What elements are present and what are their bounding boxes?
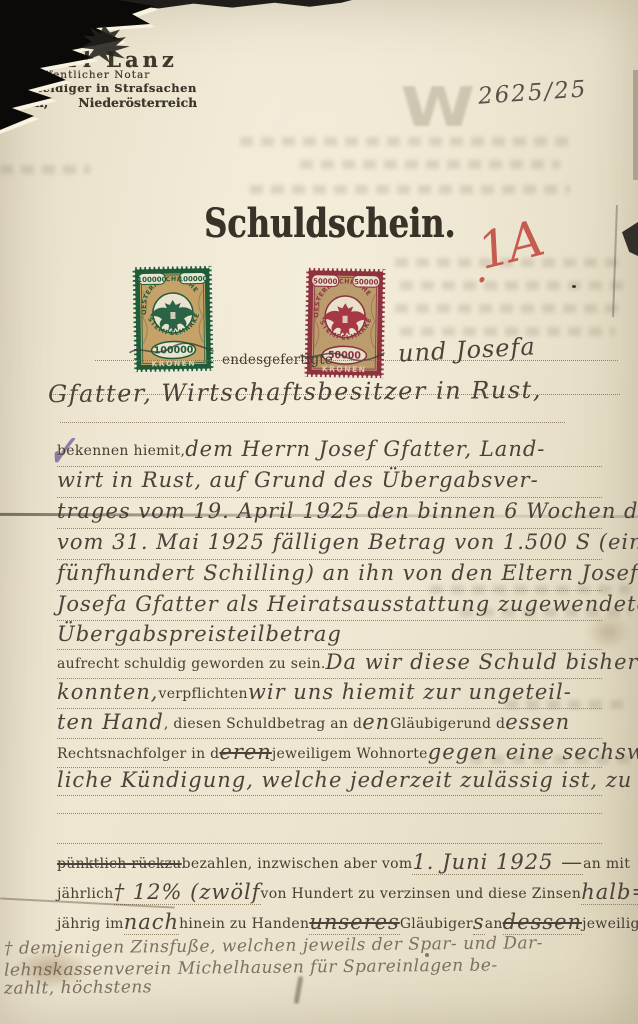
text-segment: jeweiligem Wohnorte (272, 746, 428, 762)
text-segment: jährig im (57, 916, 124, 932)
body-line: Rechtsnachfolger in deren jeweiligem Woh… (57, 739, 602, 768)
text-segment: an (485, 916, 503, 932)
body-line: aufrecht schuldig geworden zu sein. Da w… (57, 649, 602, 679)
intro-hand-fragment: und Josefa (397, 332, 536, 367)
text-segment: Übergabspreisteilbetrag (57, 622, 342, 646)
text-segment: bezahlen, inzwischen aber vom (182, 856, 413, 872)
ink-speck (425, 953, 429, 957)
text-segment: † 12% (zwölf (114, 880, 261, 905)
ink-speck (572, 285, 576, 288)
text-segment: eren (219, 740, 271, 764)
bleedthrough-ghost (0, 165, 90, 174)
text-segment: , diesen Schuldbetrag an d (164, 716, 362, 732)
intro-hand-line: Gfatter, Wirtschaftsbesitzer in Rust, (48, 376, 542, 408)
text-segment: jeweiligem (582, 916, 638, 932)
text-segment: unseres (309, 910, 400, 935)
body-line (57, 799, 602, 814)
form-rule (60, 422, 565, 423)
body-line: bekennen hiemit, dem Herrn Josef Gfatter… (57, 436, 602, 467)
text-segment: wir uns hiemit zur ungeteil- (248, 680, 572, 704)
reference-number: 2625/25 (477, 76, 588, 110)
bleedthrough-ghost (300, 160, 560, 169)
bleedthrough-ghost (250, 185, 570, 194)
stamp-corner-value: 100000 (178, 275, 207, 284)
text-segment: s (473, 910, 485, 935)
revenue-stamp-100000: OESTERREICHISCHE STEMPELMARKE 100000 100… (132, 265, 214, 372)
ink-smudge (294, 976, 304, 1004)
body-line: Josefa Gfatter als Heiratsausstattung zu… (57, 591, 602, 621)
paper-stain (586, 614, 630, 650)
text-segment: verpflichten (159, 686, 248, 702)
letterhead-region: Niederösterreich (78, 95, 197, 110)
text-segment: liche Kündigung, welche jederzeit zuläss… (57, 768, 638, 792)
text-segment: Gläubiger (390, 716, 463, 732)
body-line: vom 31. Mai 1925 fälligen Betrag von 1.5… (57, 529, 602, 560)
text-segment: dessen (503, 910, 582, 935)
text-segment: fünfhundert Schilling) an ihn von den El… (57, 561, 638, 585)
body-line: konnten, verpflichten wir uns hiemit zur… (57, 679, 602, 709)
watermark-letter: W (401, 76, 475, 139)
body-line: jährlich † 12% (zwölf von Hundert zu ver… (57, 879, 602, 905)
body-line: ten Hand, diesen Schuldbetrag an den Glä… (57, 709, 602, 739)
body-line: wirt in Rust, auf Grund des Übergabsver- (57, 467, 602, 498)
form-rule (95, 360, 618, 361)
text-segment: Rechtsnachfolger in d (57, 746, 219, 762)
text-segment: Gläubiger (400, 916, 473, 932)
body-line: Übergabspreisteilbetrag (57, 621, 602, 650)
edge-shadow (633, 70, 638, 180)
body-line: fünfhundert Schilling) an ihn von den El… (57, 560, 602, 591)
text-segment: jährlich (57, 886, 114, 902)
ink-smudge (12, 948, 90, 990)
bleedthrough-ghost (395, 304, 625, 313)
text-segment: an mit (583, 856, 630, 872)
scanned-document-page: Karl Lanz öffentlicher Notar Verteidiger… (0, 0, 638, 1024)
cancellation-scrawl (127, 335, 215, 363)
edge-shadow (622, 222, 638, 256)
intro-printed-fragment: endesgefertigte (222, 352, 333, 368)
text-segment: Da wir diese Schuld bisher nicht zahlen (326, 650, 638, 674)
text-segment: Josefa Gfatter als Heiratsausstattung zu… (57, 592, 638, 616)
text-segment: und d (463, 716, 505, 732)
text-segment: pünktlich rückzu (57, 856, 182, 872)
text-segment: hinein zu Handen (179, 916, 309, 932)
text-segment: trages vom 19. April 1925 den binnen 6 W… (57, 499, 638, 523)
text-segment: ten Hand (57, 710, 164, 734)
body-line: liche Kündigung, welche jederzeit zuläss… (57, 767, 602, 796)
red-annotation: 1A (472, 209, 548, 281)
text-segment: dem Herrn Josef Gfatter, Land- (185, 437, 545, 461)
body-line: pünktlich rückzubezahlen, inzwischen abe… (57, 849, 602, 875)
body-line (57, 829, 602, 844)
text-segment: gegen eine sechswöchent- (428, 740, 638, 764)
text-segment: wirt in Rust, auf Grund des Übergabsver- (57, 468, 539, 492)
text-segment: en (362, 710, 390, 734)
document-title: Schuldschein. (204, 200, 455, 247)
text-segment: aufrecht schuldig geworden zu sein. (57, 656, 326, 672)
body-line: jährig im nachhinein zu Handen unseres G… (57, 909, 602, 935)
text-segment: konnten, (57, 680, 159, 704)
text-segment: bekennen hiemit, (57, 443, 185, 459)
text-segment: 1. Juni 1925 — (412, 850, 583, 875)
text-segment: von Hundert zu verzinsen und diese Zinse… (261, 886, 582, 902)
stamp-corner-value: 100000 (137, 276, 166, 285)
text-segment: halb= (581, 880, 638, 905)
text-segment: vom 31. Mai 1925 fälligen Betrag von 1.5… (57, 530, 638, 554)
text-segment: nach (124, 910, 179, 935)
text-segment: essen (505, 710, 570, 734)
stamp-corner-value: 50000 (313, 276, 338, 286)
stamp-corner-value: 50000 (354, 277, 379, 287)
bleedthrough-ghost (400, 281, 625, 290)
